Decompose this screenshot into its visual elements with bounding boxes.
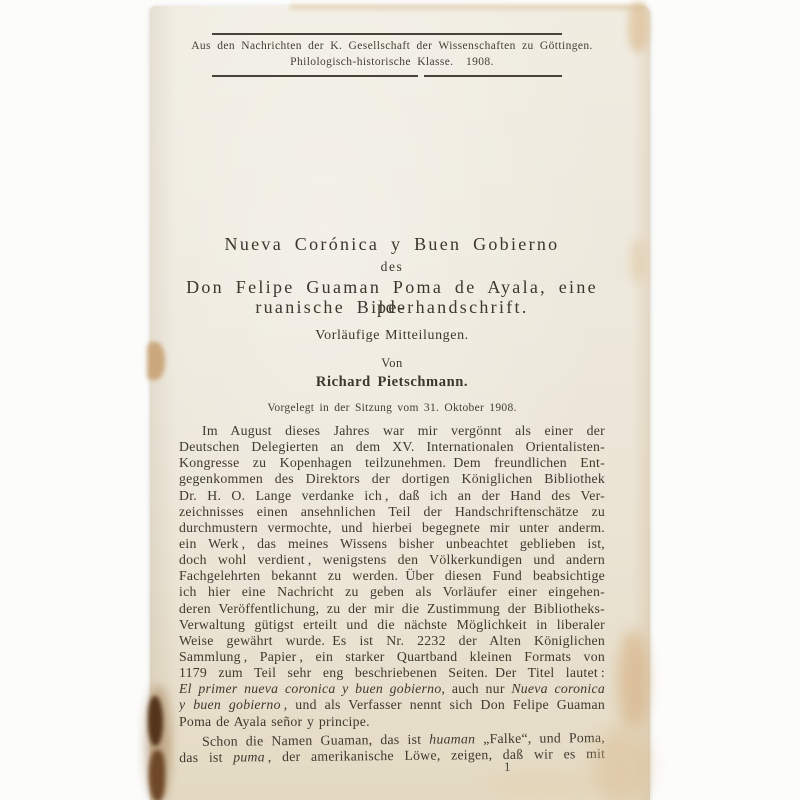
body-text: gegenkommen des Direktors der dortigen K… [179,471,605,486]
body-text: Sammlung , Papier , ein starker Quartban… [179,649,605,664]
body-text: Verwaltung gütigst erteilt und die nächs… [179,617,605,632]
series-header-rule-bottom-right [424,75,562,77]
body-line: Poma de Ayala señor y principe. [179,714,605,730]
title-line-4: ruanische Bilderhandschrift. [179,297,605,317]
body-text: Dr. H. O. Lange verdanke ich , daß ich a… [179,488,605,503]
body-text: ein Werk , das meines Wissens bisher unb… [179,536,605,551]
body-line: y buen gobierno , und als Verfasser nenn… [179,697,605,713]
body-text: Schon die Namen Guaman, das ist [202,731,429,748]
body-text-italic: El primer nueva coronica y buen gobierno [179,681,441,696]
body-text: 1179 zum Teil sehr eng beschriebenen Sei… [179,665,605,680]
series-note-line-2: Philologisch-historische Klasse. 1908. [171,56,613,69]
book-page: Aus den Nachrichten der K. Gesellschaft … [150,6,650,800]
title-line-1: Nueva Corónica y Buen Gobierno [179,234,605,254]
body-text-italic: y buen gobierno [179,697,281,712]
body-text-italic: puma [233,749,265,764]
body-line: 1179 zum Teil sehr eng beschriebenen Sei… [179,665,605,681]
body-line: doch wohl verdient , wenigstens den Völk… [179,552,605,568]
byline-von: Von [179,356,605,371]
series-note-line-1: Aus den Nachrichten der K. Gesellschaft … [171,40,613,53]
body-line: El primer nueva coronica y buen gobierno… [179,681,605,697]
body-text: das ist [179,750,233,766]
author-name: Richard Pietschmann. [179,374,605,391]
body-text: Deutschen Delegierten an dem XV. Interna… [179,439,605,454]
title-line-2: des [179,259,605,275]
body-line: das ist puma , der amerikanische Löwe, z… [179,746,605,766]
presentation-note: Vorgelegt in der Sitzung vom 31. Oktober… [179,402,605,414]
body-text: Kongresse zu Kopenhagen teilzunehmen. De… [179,455,605,470]
body-text: Fachgelehrten bekannt zu werden. Über di… [179,568,605,583]
body-line: Kongresse zu Kopenhagen teilzunehmen. De… [179,455,605,471]
body-line: ich hier eine Nachricht zu geben als Vor… [179,584,605,600]
body-line: Deutschen Delegierten an dem XV. Interna… [179,439,605,455]
body-line: durchmustern vermochte, und hierbei bege… [179,520,605,536]
body-text-italic: Nueva coronica [511,681,605,696]
body-text: , und als Verfasser nennt sich Don Felip… [281,697,605,712]
body-text: doch wohl verdient , wenigstens den Völk… [179,552,605,567]
body-line: Weise gewährt wurde. Es ist Nr. 2232 der… [179,633,605,649]
body-line: deren Veröffentlichung, zu der mir die Z… [179,601,605,617]
body-text: , auch nur [441,681,511,696]
body-line: zeichnisses einen ansehnlichen Teil der … [179,504,605,520]
series-header-rule-top [212,33,562,35]
body-line: Verwaltung gütigst erteilt und die nächs… [179,617,605,633]
body-text: Im August dieses Jahres war mir vergönnt… [202,423,605,438]
body-text: , der amerikanische Löwe, zeigen, daß wi… [265,746,606,764]
body-line: Fachgelehrten bekannt zu werden. Über di… [179,568,605,584]
body-line: ein Werk , das meines Wissens bisher unb… [179,536,605,552]
body-text: deren Veröffentlichung, zu der mir die Z… [179,601,605,616]
body-text: „Falke“, und Poma, [475,730,605,746]
scan-photo: Aus den Nachrichten der K. Gesellschaft … [0,0,800,800]
body-text: Weise gewährt wurde. Es ist Nr. 2232 der… [179,633,605,648]
body-text: durchmustern vermochte, und hierbei bege… [179,520,605,535]
body-text: Poma de Ayala señor y principe. [179,714,370,729]
body-text: zeichnisses einen ansehnlichen Teil der … [179,504,605,519]
body-line: gegenkommen des Direktors der dortigen K… [179,471,605,487]
body-line: Sammlung , Papier , ein starker Quartban… [179,649,605,665]
body-paragraph-2: Schon die Namen Guaman, das ist huaman „… [179,730,605,766]
body-text-italic: huaman [429,731,475,746]
body-line: Im August dieses Jahres war mir vergönnt… [179,423,605,439]
body-text: ich hier eine Nachricht zu geben als Vor… [179,584,605,599]
subtitle: Vorläufige Mitteilungen. [179,328,605,344]
series-header-rule-bottom-left [212,75,418,77]
body-paragraph-1: Im August dieses Jahres war mir vergönnt… [179,423,605,730]
page-number: 1 [504,759,511,775]
body-line: Dr. H. O. Lange verdanke ich , daß ich a… [179,488,605,504]
